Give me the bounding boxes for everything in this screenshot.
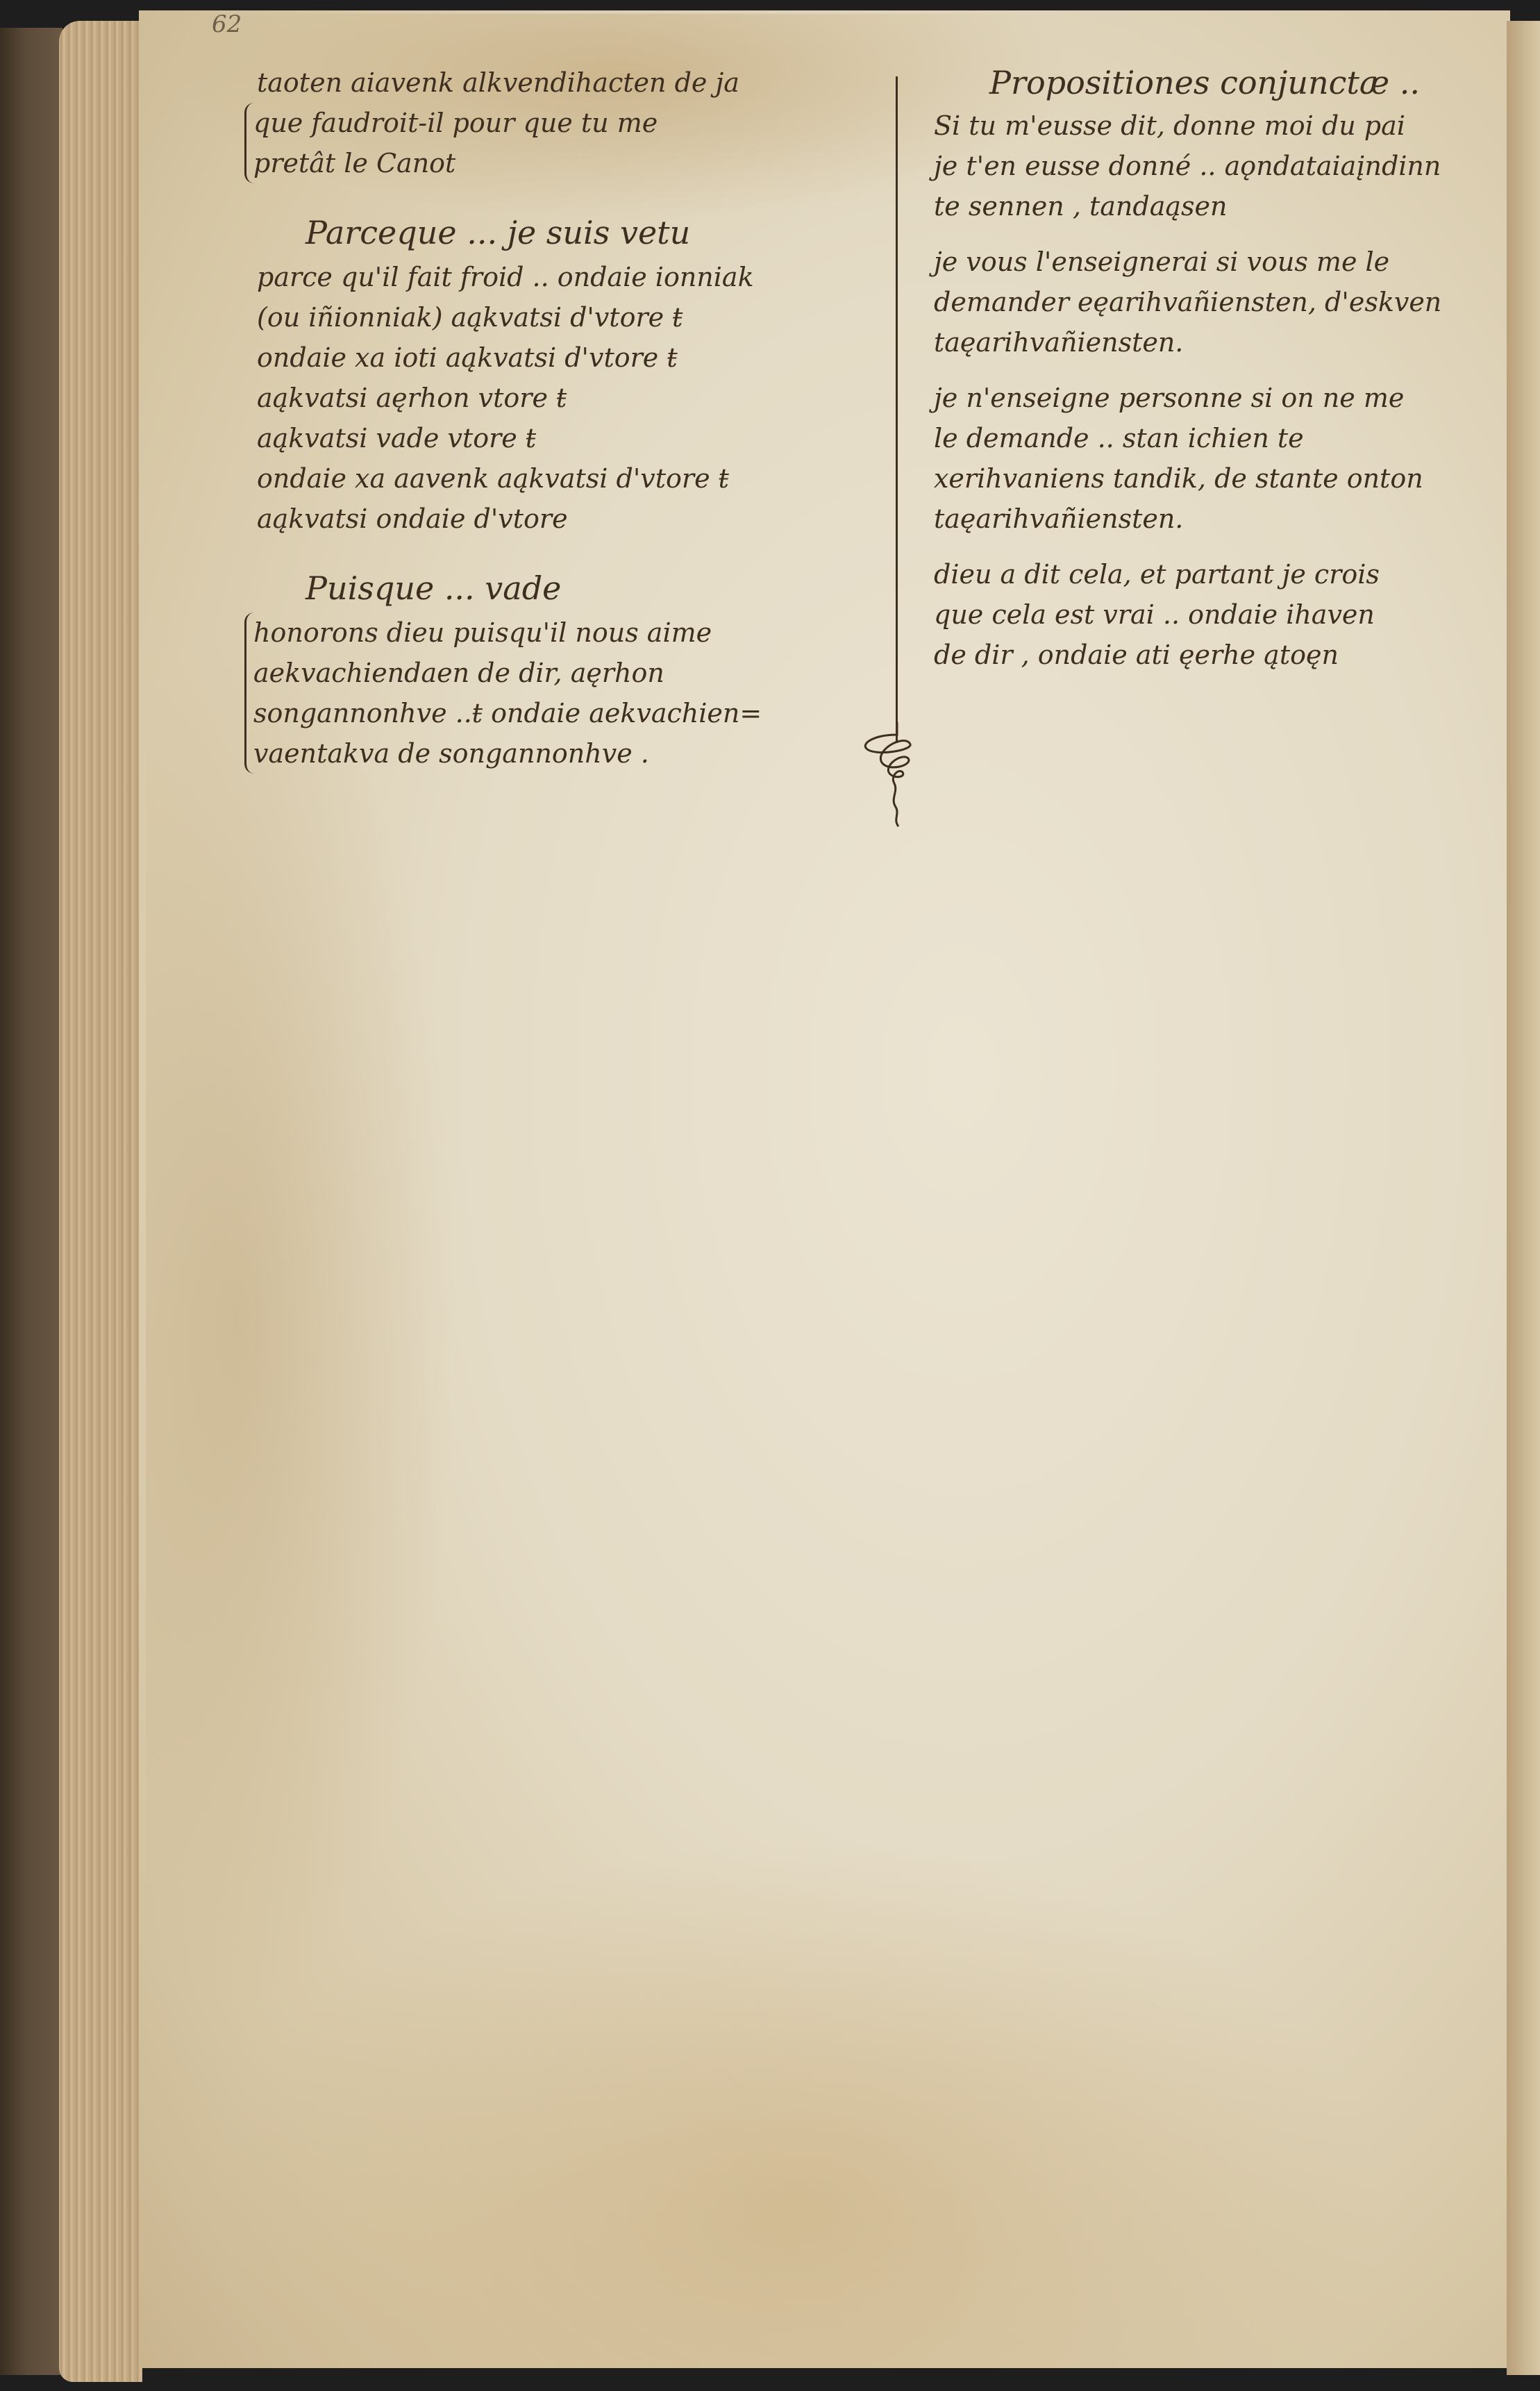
paragraph: Si tu m'eusse dit, donne moi du pai je t… bbox=[934, 106, 1524, 226]
text-line: vaentakva de songannonhve . bbox=[253, 733, 917, 774]
text-line: aekvachiendaen de dir, aęrhon bbox=[253, 653, 917, 693]
text-line: dieu a dit cela, et partant je crois bbox=[934, 554, 1524, 594]
text-line: taęarihvañiensten. bbox=[934, 499, 1524, 539]
text-line: le demande .. stan ichien te bbox=[934, 418, 1524, 458]
paragraph: je vous l'enseignerai si vous me le dema… bbox=[934, 242, 1524, 363]
section-heading-puisque: Puisque ... vade bbox=[257, 568, 917, 608]
text-line: te sennen , tandaąsen bbox=[934, 186, 1524, 226]
text-line: je n'enseigne personne si on ne me bbox=[934, 378, 1524, 418]
text-line: aąkvatsi vade vtore ŧ bbox=[257, 418, 917, 458]
section-heading-propositiones: Propositiones conjunctæ .. bbox=[934, 63, 1524, 103]
text-line: aąkvatsi aęrhon vtore ŧ bbox=[257, 378, 917, 418]
text-line: je t'en eusse donné .. aǫndataiaįndinn bbox=[934, 146, 1524, 186]
water-stain-left bbox=[146, 625, 458, 2014]
book-cover-edge bbox=[0, 28, 62, 2375]
text-line: xerihvaniens tandik, de stante onton bbox=[934, 458, 1524, 499]
text-line: que cela est vrai .. ondaie ihaven bbox=[934, 594, 1524, 635]
page-stack-edges bbox=[59, 21, 142, 2382]
section-body-parceque: parce qu'il fait froid .. ondaie ionniak… bbox=[257, 257, 917, 539]
text-line: songannonhve ..ŧ ondaie aekvachien= bbox=[253, 693, 917, 733]
left-column: taoten aiavenk alkvendihacten de ja que … bbox=[257, 63, 917, 774]
text-line: pretât le Canot bbox=[253, 143, 917, 183]
text-line: taęarihvañiensten. bbox=[934, 322, 1524, 363]
intro-block: taoten aiavenk alkvendihacten de ja que … bbox=[257, 63, 917, 183]
text-line: de dir , ondaie ati ęerhe ątoęn bbox=[934, 635, 1524, 675]
text-line: demander eęarihvañiensten, d'eskven bbox=[934, 282, 1524, 322]
column-divider-line bbox=[896, 76, 898, 743]
text-line: honorons dieu puisqu'il nous aime bbox=[253, 613, 917, 653]
section-body-puisque: honorons dieu puisqu'il nous aime aekvac… bbox=[244, 613, 917, 774]
text-line: ondaie xa ioti aąkvatsi d'vtore ŧ bbox=[257, 338, 917, 378]
text-line: parce qu'il fait froid .. ondaie ionniak bbox=[257, 257, 917, 297]
text-line: Si tu m'eusse dit, donne moi du pai bbox=[934, 106, 1524, 146]
text-line: je vous l'enseignerai si vous me le bbox=[934, 242, 1524, 282]
water-stain-bottom bbox=[208, 1840, 1389, 2368]
bracketed-gloss: que faudroit-il pour que tu me pretât le… bbox=[244, 103, 917, 183]
paragraph: je n'enseigne personne si on ne me le de… bbox=[934, 378, 1524, 539]
text-line: (ou iñionniak) aąkvatsi d'vtore ŧ bbox=[257, 297, 917, 338]
text-line: taoten aiavenk alkvendihacten de ja bbox=[257, 63, 917, 103]
text-line: que faudroit-il pour que tu me bbox=[253, 103, 917, 143]
text-line: aąkvatsi ondaie d'vtore bbox=[257, 499, 917, 539]
page-number: 62 bbox=[212, 10, 242, 38]
section-heading-parceque: Parceque ... je suis vetu bbox=[257, 213, 917, 253]
spiral-flourish-icon bbox=[854, 722, 937, 861]
text-line: ondaie xa aavenk aąkvatsi d'vtore ŧ bbox=[257, 458, 917, 499]
paragraph: dieu a dit cela, et partant je crois que… bbox=[934, 554, 1524, 675]
right-column: Propositiones conjunctæ .. Si tu m'eusse… bbox=[934, 63, 1524, 675]
